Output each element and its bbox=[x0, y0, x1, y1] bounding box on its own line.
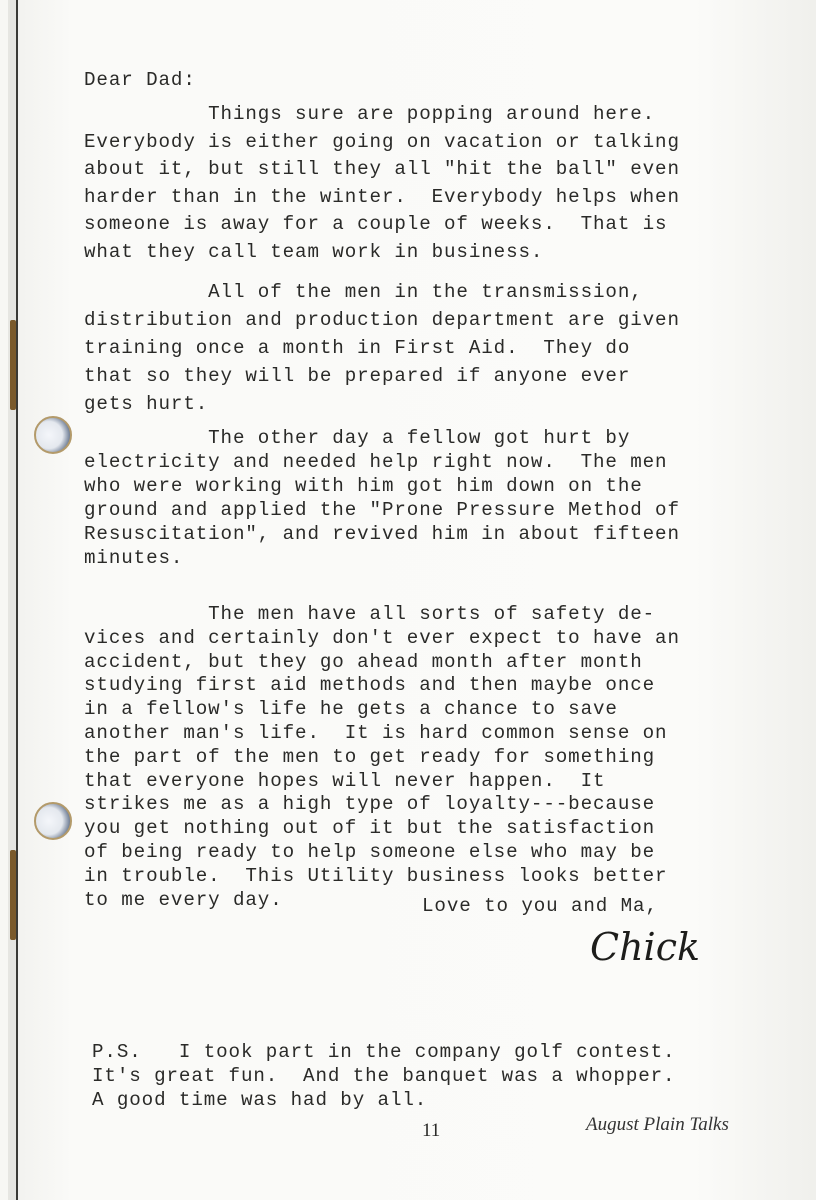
paragraph-line: All of the men in the transmission, bbox=[84, 280, 643, 304]
page-number: 11 bbox=[422, 1120, 440, 1142]
paragraph-line: studying first aid methods and then mayb… bbox=[84, 673, 655, 697]
paragraph-line: to me every day. bbox=[84, 888, 283, 912]
binding-stain bbox=[10, 320, 16, 410]
paragraph-line: Resuscitation", and revived him in about… bbox=[84, 522, 680, 546]
paragraph-line: gets hurt. bbox=[84, 392, 208, 416]
paragraph-line: electricity and needed help right now. T… bbox=[84, 450, 667, 474]
signature: Chick bbox=[590, 925, 700, 969]
salutation: Dear Dad: bbox=[84, 68, 196, 92]
paragraph-line: that everyone hopes will never happen. I… bbox=[84, 769, 605, 793]
postscript-line: A good time was had by all. bbox=[92, 1088, 427, 1112]
paragraph-line: in a fellow's life he gets a chance to s… bbox=[84, 697, 618, 721]
document-page: Dear Dad: Things sure are popping around… bbox=[8, 0, 816, 1200]
paragraph-line: vices and certainly don't ever expect to… bbox=[84, 626, 680, 650]
paragraph-line: distribution and production department a… bbox=[84, 308, 680, 332]
paragraph-line: who were working with him got him down o… bbox=[84, 474, 643, 498]
paragraph-line: you get nothing out of it but the satisf… bbox=[84, 816, 655, 840]
paragraph-line: that so they will be prepared if anyone … bbox=[84, 364, 630, 388]
postscript-line: It's great fun. And the banquet was a wh… bbox=[92, 1064, 675, 1088]
paragraph-line: harder than in the winter. Everybody hel… bbox=[84, 185, 680, 209]
punch-hole-icon bbox=[34, 416, 72, 454]
paragraph-line: accident, but they go ahead month after … bbox=[84, 650, 643, 674]
paragraph-line: the part of the men to get ready for som… bbox=[84, 745, 655, 769]
paragraph-line: in trouble. This Utility business looks … bbox=[84, 864, 667, 888]
paragraph-line: The other day a fellow got hurt by bbox=[84, 426, 630, 450]
paragraph-line: minutes. bbox=[84, 546, 183, 570]
punch-hole-icon bbox=[34, 802, 72, 840]
paragraph-line: ground and applied the "Prone Pressure M… bbox=[84, 498, 680, 522]
binding-edge bbox=[8, 0, 18, 1200]
publication-title: August Plain Talks bbox=[586, 1114, 729, 1136]
paragraph-line: training once a month in First Aid. They… bbox=[84, 336, 630, 360]
binding-stain bbox=[10, 850, 16, 940]
paragraph-line: strikes me as a high type of loyalty---b… bbox=[84, 792, 655, 816]
paragraph-line: Things sure are popping around here. bbox=[84, 102, 655, 126]
closing: Love to you and Ma, bbox=[422, 895, 658, 917]
paragraph-line: Everybody is either going on vacation or… bbox=[84, 130, 680, 154]
paragraph-line: another man's life. It is hard common se… bbox=[84, 721, 667, 745]
paragraph-line: someone is away for a couple of weeks. T… bbox=[84, 212, 667, 236]
paragraph-line: about it, but still they all "hit the ba… bbox=[84, 157, 680, 181]
paragraph-line: The men have all sorts of safety de- bbox=[84, 602, 655, 626]
paragraph-line: what they call team work in business. bbox=[84, 240, 543, 264]
postscript-line: P.S. I took part in the company golf con… bbox=[92, 1040, 675, 1064]
paragraph-line: of being ready to help someone else who … bbox=[84, 840, 655, 864]
